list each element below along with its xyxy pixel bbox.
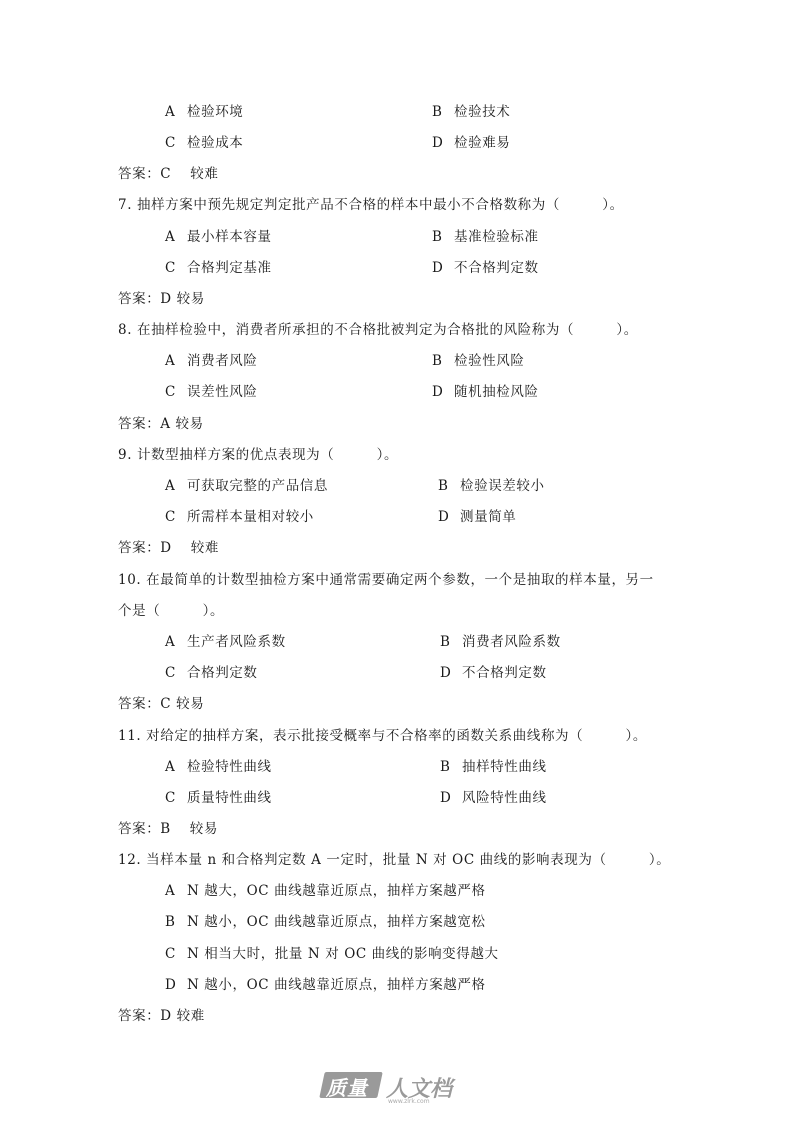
option-text: 检验成本	[187, 135, 243, 151]
q11-answer: 答案：B 较易	[118, 821, 218, 837]
q11-option-d: D风险特性曲线	[440, 790, 547, 806]
option-text: N 相当大时，批量 N 对 OC 曲线的影响变得越大	[187, 946, 499, 962]
q12-option-c: CN 相当大时，批量 N 对 OC 曲线的影响变得越大	[165, 946, 499, 962]
option-letter: D	[440, 790, 462, 806]
option-text: 风险特性曲线	[462, 790, 547, 806]
option-text: 检验误差较小	[460, 478, 545, 494]
option-text: 检验难易	[454, 135, 510, 151]
q11-stem: 11. 对给定的抽样方案，表示批接受概率与不合格率的函数关系曲线称为（ ）。	[118, 728, 647, 744]
option-letter: C	[165, 790, 187, 806]
option-letter: D	[165, 977, 187, 993]
q12-option-b: BN 越小，OC 曲线越靠近原点，抽样方案越宽松	[165, 914, 486, 930]
q6-option-a: A检验环境	[165, 104, 243, 120]
option-text: 质量特性曲线	[187, 790, 272, 806]
q10-stem-line1: 10. 在最简单的计数型抽检方案中通常需要确定两个参数，一个是抽取的样本量，另一	[118, 572, 654, 588]
q10-answer: 答案：C 较易	[118, 696, 204, 712]
option-text: 随机抽检风险	[454, 384, 539, 400]
option-letter: D	[432, 135, 454, 151]
q6-option-c: C检验成本	[165, 135, 243, 151]
q7-option-a: A最小样本容量	[165, 229, 272, 245]
option-letter: A	[165, 229, 187, 245]
option-text: 抽样特性曲线	[462, 759, 547, 775]
option-letter: B	[440, 634, 462, 650]
q9-option-b: B检验误差较小	[438, 478, 545, 494]
option-letter: D	[438, 509, 460, 525]
option-text: 可获取完整的产品信息	[187, 478, 328, 494]
option-text: 不合格判定数	[454, 260, 539, 276]
q6-answer: 答案：C 较难	[118, 166, 218, 182]
option-letter: D	[440, 665, 462, 681]
q11-option-c: C质量特性曲线	[165, 790, 272, 806]
watermark-box-text: 质量	[326, 1072, 368, 1101]
option-text: 检验环境	[187, 104, 243, 120]
option-letter: B	[165, 914, 187, 930]
q8-option-d: D随机抽检风险	[432, 384, 539, 400]
q9-option-c: C所需样本量相对较小	[165, 509, 314, 525]
option-letter: C	[165, 946, 187, 962]
option-text: 误差性风险	[187, 384, 258, 400]
q7-stem: 7. 抽样方案中预先规定判定批产品不合格的样本中最小不合格数称为（ ）。	[118, 197, 624, 213]
watermark-url: www.zlrk.com	[388, 1098, 430, 1105]
q7-option-b: B基准检验标准	[432, 229, 539, 245]
q8-option-a: A消费者风险	[165, 353, 258, 369]
q8-stem: 8. 在抽样检验中，消费者所承担的不合格批被判定为合格批的风险称为（ ）。	[118, 322, 638, 338]
q12-stem: 12. 当样本量 n 和合格判定数 A 一定时，批量 N 对 OC 曲线的影响表…	[118, 852, 670, 868]
q12-option-a: AN 越大，OC 曲线越靠近原点，抽样方案越严格	[165, 883, 486, 899]
option-letter: B	[432, 104, 454, 120]
q7-option-c: C合格判定基准	[165, 260, 272, 276]
option-letter: A	[165, 634, 187, 650]
q9-answer: 答案：D 较难	[118, 540, 219, 556]
option-letter: D	[432, 384, 454, 400]
watermark-logo: 质量 人文档 www.zlrk.com	[322, 1070, 472, 1110]
q7-answer: 答案：D 较易	[118, 291, 205, 307]
q6-option-b: B检验技术	[432, 104, 510, 120]
q7-option-d: D不合格判定数	[432, 260, 539, 276]
option-text: 合格判定数	[187, 665, 258, 681]
option-letter: C	[165, 384, 187, 400]
option-letter: B	[432, 353, 454, 369]
q10-option-b: B消费者风险系数	[440, 634, 561, 650]
option-letter: C	[165, 665, 187, 681]
option-letter: C	[165, 260, 187, 276]
option-text: 所需样本量相对较小	[187, 509, 314, 525]
q9-option-a: A可获取完整的产品信息	[165, 478, 328, 494]
q11-option-a: A检验特性曲线	[165, 759, 272, 775]
q8-option-b: B检验性风险	[432, 353, 525, 369]
option-text: 测量简单	[460, 509, 516, 525]
option-text: 消费者风险系数	[462, 634, 561, 650]
option-letter: A	[165, 353, 187, 369]
q12-option-d: DN 越小，OC 曲线越靠近原点，抽样方案越严格	[165, 977, 486, 993]
option-letter: C	[165, 509, 187, 525]
q10-option-c: C合格判定数	[165, 665, 258, 681]
option-letter: B	[432, 229, 454, 245]
q9-option-d: D测量简单	[438, 509, 516, 525]
option-text: 消费者风险	[187, 353, 258, 369]
option-letter: B	[438, 478, 460, 494]
option-text: 检验性风险	[454, 353, 525, 369]
option-text: 检验技术	[454, 104, 510, 120]
option-text: 生产者风险系数	[187, 634, 286, 650]
q6-option-d: D检验难易	[432, 135, 510, 151]
option-text: 检验特性曲线	[187, 759, 272, 775]
q12-answer: 答案：D 较难	[118, 1008, 205, 1024]
option-letter: A	[165, 883, 187, 899]
option-letter: B	[440, 759, 462, 775]
option-text: N 越小，OC 曲线越靠近原点，抽样方案越严格	[187, 977, 486, 993]
q9-stem: 9. 计数型抽样方案的优点表现为（ ）。	[118, 447, 398, 463]
option-text: 基准检验标准	[454, 229, 539, 245]
option-letter: A	[165, 759, 187, 775]
option-letter: D	[432, 260, 454, 276]
option-letter: A	[165, 478, 187, 494]
q10-stem-line2: 个是（ ）。	[118, 603, 224, 619]
option-letter: A	[165, 104, 187, 120]
q10-option-a: A生产者风险系数	[165, 634, 286, 650]
q8-option-c: C误差性风险	[165, 384, 258, 400]
option-letter: C	[165, 135, 187, 151]
option-text: 最小样本容量	[187, 229, 272, 245]
q10-option-d: D不合格判定数	[440, 665, 547, 681]
option-text: 不合格判定数	[462, 665, 547, 681]
q11-option-b: B抽样特性曲线	[440, 759, 547, 775]
option-text: 合格判定基准	[187, 260, 272, 276]
option-text: N 越小，OC 曲线越靠近原点，抽样方案越宽松	[187, 914, 486, 930]
option-text: N 越大，OC 曲线越靠近原点，抽样方案越严格	[187, 883, 486, 899]
q8-answer: 答案：A 较易	[118, 416, 204, 432]
